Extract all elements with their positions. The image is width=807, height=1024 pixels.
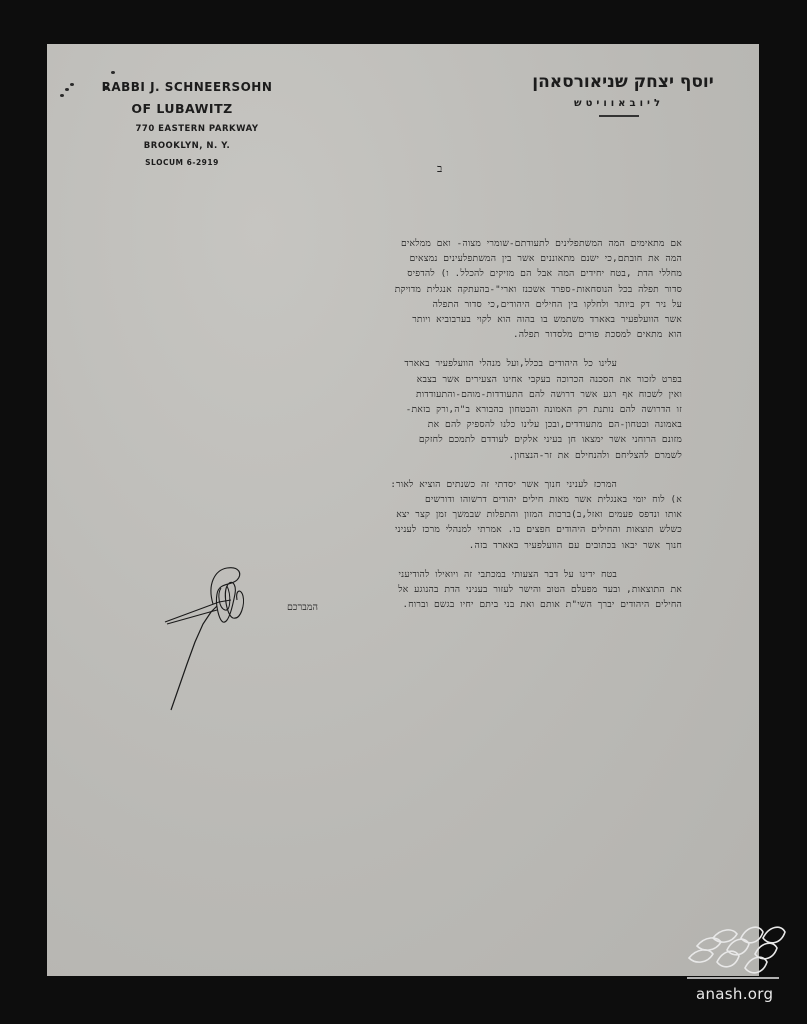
anash-logo-icon	[683, 918, 793, 988]
paragraph-2: עלינו כל היהודים בכלל,ועל מנהלי הוועלפעי…	[107, 356, 682, 462]
text-line: זו הדרושה להם נותנת רק האמונה והבטחון בה…	[107, 402, 682, 417]
date-mark: ב	[437, 162, 442, 175]
text-line: א) לוח יומי באנגלית אשר מאות חילים יהודי…	[107, 492, 682, 507]
text-line: על ניר דק ביותר ולחלקו בין החילים היהודי…	[107, 297, 682, 312]
letterhead-phone: SLOCUM 6-2919	[132, 158, 232, 167]
letterhead-title: OF LUBAWITZ	[107, 101, 257, 116]
text-line: אותו ונדפס פעמים ואזל,ב)ברכות המזון והתפ…	[107, 507, 682, 522]
watermark-text: anash.org	[696, 985, 773, 1003]
letterhead-hebrew: יוסף יצחק שניאורסאהן ליובאוויטש	[519, 72, 719, 117]
text-line: אשר הוועלפעיר באארד משתמש בו בהוה הוא לק…	[107, 312, 682, 327]
text-line: המרכז לעניני חנוך אשר יסדתי זה כשנתים הו…	[107, 477, 682, 492]
closing-salutation: המברכם	[287, 602, 318, 613]
text-line: לשמרם להצליחם ולהנחילם את זר-הנצחון.	[107, 448, 682, 463]
text-line: בפרט לזכור את הסכנה הכרוכה בעקבי אחינו ה…	[107, 372, 682, 387]
text-line: מזונם הרוחני אשר ימצאו חן בעיני אלקים לע…	[107, 432, 682, 447]
paper-speck	[70, 83, 74, 86]
paper-speck	[65, 88, 69, 91]
paper-speck	[111, 71, 115, 74]
text-line: עלינו כל היהודים בכלל,ועל מנהלי הוועלפעי…	[107, 356, 682, 371]
letterhead-city: BROOKLYN, N. Y.	[127, 141, 247, 151]
text-line: כשלש תוצאות והחילים היהודים חפצים בו. אמ…	[107, 522, 682, 537]
paragraph-1: אם מתאימים המה המשתפלינים לתעודתם-שומרי …	[107, 236, 682, 342]
letterhead-hebrew-name: יוסף יצחק שניאורסאהן	[519, 72, 727, 92]
letterhead-name: RABBI J. SCHNEERSOHN	[87, 80, 287, 94]
text-line: מחללי הדת ,בטח יחידים המה אבל הם מזיקים …	[107, 266, 682, 281]
text-line: הוא מתאים למסכת פורים מלסדור תפלה.	[107, 327, 682, 342]
text-line: ואין לשכוח אף רגע אשר דרושה להם התעודדות…	[107, 387, 682, 402]
letterhead-address: 770 EASTERN PARKWAY	[117, 124, 277, 134]
paper-speck	[60, 94, 64, 97]
paragraph-3: המרכז לעניני חנוך אשר יסדתי זה כשנתים הו…	[107, 477, 682, 553]
text-line: חנוך אשר יבאו בכתובים עם הוועלפעיר באארד…	[107, 538, 682, 553]
letter-page: RABBI J. SCHNEERSOHN OF LUBAWITZ 770 EAS…	[47, 44, 759, 976]
letterhead-hebrew-place: ליובאוויטש	[519, 98, 719, 109]
text-line: אם מתאימים המה המשתפלינים לתעודתם-שומרי …	[107, 236, 682, 251]
text-line: המה את חובתם,כי ישנם מתאוננים אשר בין המ…	[107, 251, 682, 266]
signature-icon	[157, 564, 267, 714]
text-line: באמונה ובטחון-הם מתעודדים,ובכן עלינו כלנ…	[107, 417, 682, 432]
text-line: סדור תפלה בכל הנוסחאות-ספרד אשכנז וארי"-…	[107, 282, 682, 297]
letterhead-rule	[599, 115, 639, 117]
